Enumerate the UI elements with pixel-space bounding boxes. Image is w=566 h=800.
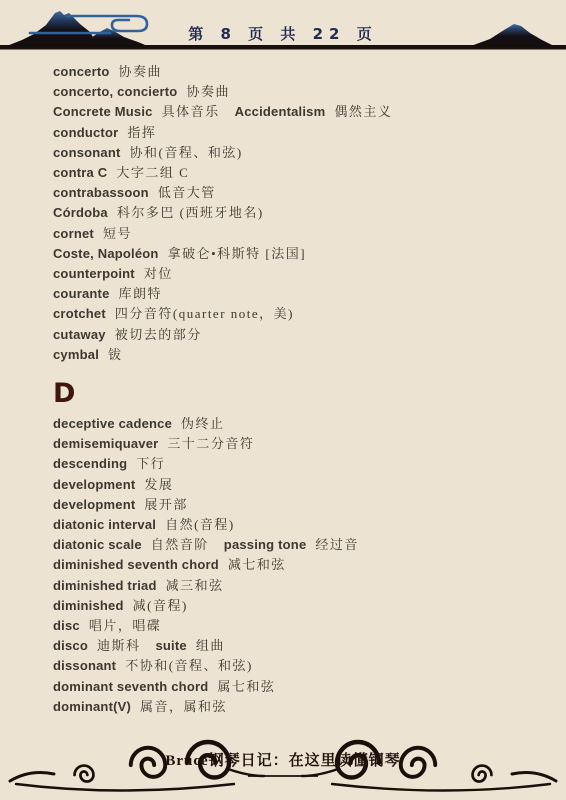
entry-definition: 三十二分音符 [167,436,254,451]
entry-definition: 协和(音程、和弦) [130,145,243,160]
entry-row: dominant(V)属音，属和弦 [53,697,542,717]
entry-definition: 对位 [144,266,173,281]
footer-brand: Bruce钢琴日记：在这里读懂钢琴 [0,749,566,770]
entry-term: Concrete Music [53,104,153,119]
entry-definition: 库朗特 [119,286,163,301]
entry-definition: 不协和(音程、和弦) [125,658,253,673]
entry-definition: 下行 [136,456,165,471]
entry-row: concerto, concierto协奏曲 [53,82,542,102]
entry-row: Coste, Napoléon拿破仑•科斯特 [法国] [53,244,542,264]
entry-row: cornet短号 [53,224,542,244]
entry-term: crotchet [53,306,106,321]
entry-term: diminished triad [53,578,157,593]
entry-definition: 展开部 [144,497,188,512]
entry-row: diminished减(音程) [53,596,542,616]
entry-term: consonant [53,145,121,160]
entry-row: disco迪斯科suite组曲 [53,636,542,656]
entry-term: diminished [53,598,124,613]
entry-row: deceptive cadence伪终止 [53,414,542,434]
entry-row: contra C大字二组 C [53,163,542,183]
entry-definition: 四分音符(quarter note，美) [115,306,294,321]
entry-term: dominant seventh chord [53,679,208,694]
entry-row: cymbal钹 [53,345,542,365]
entry-row: disc唱片，唱碟 [53,616,542,636]
entry-term: diminished seventh chord [53,557,219,572]
entry-definition: 具体音乐 [162,104,220,119]
entry-definition: 组曲 [196,638,225,653]
entry-definition: 科尔多巴 (西班牙地名) [117,205,264,220]
entry-row: counterpoint对位 [53,264,542,284]
entry-term: suite [155,638,186,653]
entry-definition: 大字二组 C [116,165,189,180]
entry-row: dissonant不协和(音程、和弦) [53,656,542,676]
glossary-list: concerto协奏曲concerto, concierto协奏曲Concret… [53,62,542,717]
section-letter: D [53,379,542,409]
entry-row: conductor指挥 [53,123,542,143]
entry-definition: 低音大管 [158,185,216,200]
entry-definition: 钹 [108,347,123,362]
entry-definition: 被切去的部分 [115,327,202,342]
entry-row: consonant协和(音程、和弦) [53,143,542,163]
entry-definition: 迪斯科 [97,638,141,653]
entry-term: cornet [53,226,94,241]
glossary-page: 第 8 页 共 22 页 concerto协奏曲concerto, concie… [0,0,566,800]
entry-term: contra C [53,165,107,180]
entry-term: diatonic scale [53,537,142,552]
entry-term: courante [53,286,110,301]
entry-row: descending下行 [53,454,542,474]
entry-row: dominant seventh chord属七和弦 [53,677,542,697]
page-indicator: 第 8 页 共 22 页 [0,23,566,44]
entry-definition: 属七和弦 [217,679,275,694]
entry-term: Coste, Napoléon [53,246,159,261]
entry-term: counterpoint [53,266,135,281]
entry-definition: 拿破仑•科斯特 [法国] [168,246,306,261]
entry-definition: 经过音 [315,537,359,552]
page-footer: Bruce钢琴日记：在这里读懂钢琴 [0,736,566,798]
entry-definition: 发展 [144,477,173,492]
entry-row: demisemiquaver三十二分音符 [53,434,542,454]
entry-term: diatonic interval [53,517,156,532]
entry-definition: 唱片，唱碟 [89,618,162,633]
entry-term: deceptive cadence [53,416,172,431]
entry-definition: 协奏曲 [119,64,163,79]
entry-row: development展开部 [53,495,542,515]
entry-definition: 减七和弦 [228,557,286,572]
entry-definition: 减(音程) [133,598,188,613]
entry-row: contrabassoon低音大管 [53,183,542,203]
entry-definition: 偶然主义 [334,104,392,119]
entry-definition: 短号 [103,226,132,241]
entry-definition: 指挥 [127,125,156,140]
entry-term: concerto, concierto [53,84,177,99]
entry-row: development发展 [53,475,542,495]
entry-term: Accidentalism [235,104,326,119]
entry-row: diminished seventh chord减七和弦 [53,555,542,575]
entry-definition: 减三和弦 [166,578,224,593]
entry-term: development [53,497,135,512]
entry-term: contrabassoon [53,185,149,200]
entry-term: demisemiquaver [53,436,158,451]
entry-row: crotchet四分音符(quarter note，美) [53,304,542,324]
entry-term: conductor [53,125,118,140]
entry-definition: 自然音阶 [151,537,209,552]
entry-term: dissonant [53,658,116,673]
entry-definition: 属音，属和弦 [140,699,227,714]
entry-definition: 自然(音程) [165,517,235,532]
entry-row: diatonic scale自然音阶passing tone经过音 [53,535,542,555]
entry-term: passing tone [224,537,307,552]
entry-term: dominant(V) [53,699,131,714]
entry-row: Concrete Music具体音乐Accidentalism偶然主义 [53,102,542,122]
entry-term: cutaway [53,327,106,342]
entry-row: Córdoba科尔多巴 (西班牙地名) [53,203,542,223]
entry-row: diatonic interval自然(音程) [53,515,542,535]
entry-row: concerto协奏曲 [53,62,542,82]
entry-term: cymbal [53,347,99,362]
entry-row: cutaway被切去的部分 [53,325,542,345]
entry-term: descending [53,456,127,471]
entry-definition: 协奏曲 [186,84,230,99]
entry-term: Córdoba [53,205,108,220]
entry-term: disco [53,638,88,653]
entry-row: diminished triad减三和弦 [53,576,542,596]
entry-term: concerto [53,64,110,79]
entry-row: courante库朗特 [53,284,542,304]
page-header: 第 8 页 共 22 页 [0,0,566,56]
entry-term: disc [53,618,80,633]
entry-term: development [53,477,135,492]
entry-definition: 伪终止 [181,416,225,431]
